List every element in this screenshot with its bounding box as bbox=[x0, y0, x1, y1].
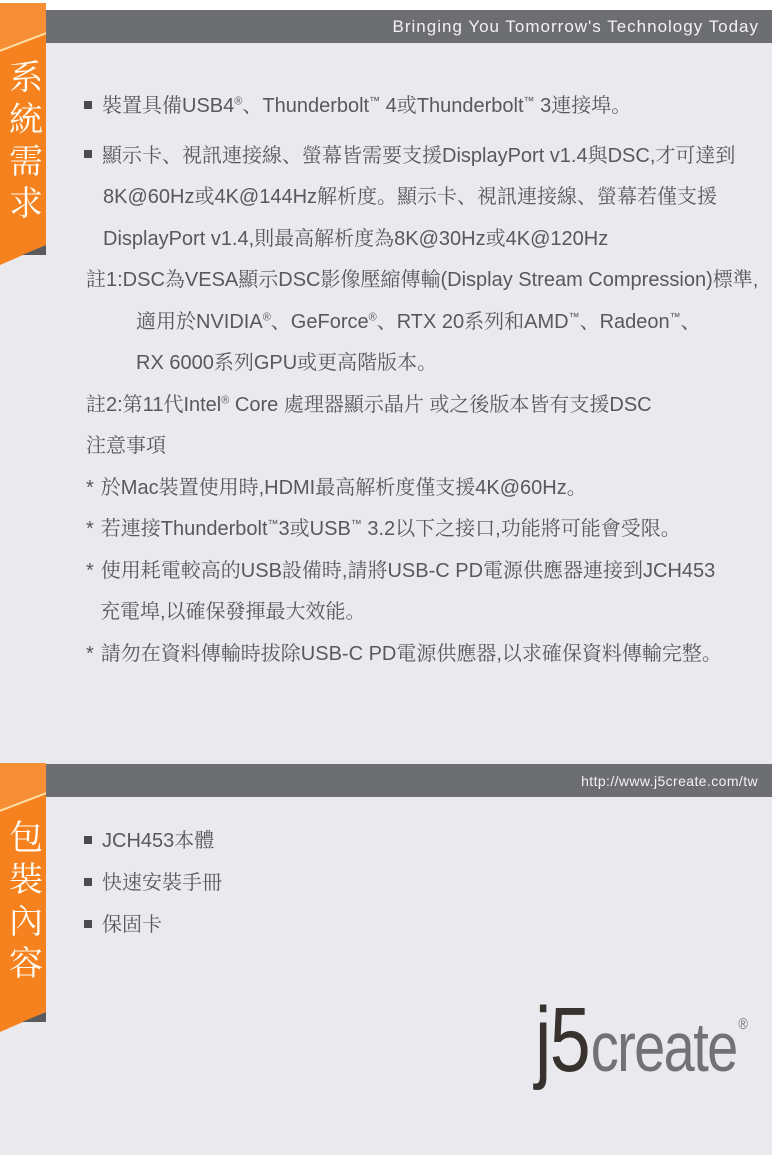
page: Bringing You Tomorrow's Technology Today… bbox=[0, 0, 772, 1155]
line-text: 若連接Thunderbolt™3或USB™ 3.2以下之接口,功能將可能會受限。 bbox=[101, 518, 681, 540]
bullet-line: 8K@60Hz或4K@144Hz解析度。顯示卡、視訊連接線、螢幕若僅支援 bbox=[84, 177, 764, 219]
square-bullet-icon bbox=[84, 920, 92, 928]
registered-mark-icon: ® bbox=[738, 1016, 747, 1034]
package-contents-tab: 包裝內容 bbox=[0, 763, 46, 1032]
line-text: 於Mac裝置使用時,HDMI最高解析度僅支援4K@60Hz。 bbox=[101, 477, 587, 499]
line-text: 8K@60Hz或4K@144Hz解析度。顯示卡、視訊連接線、螢幕若僅支援 bbox=[103, 186, 717, 208]
package-contents-tab-label: 包裝內容 bbox=[0, 819, 48, 987]
logo-create-text: create bbox=[591, 1007, 737, 1087]
j5create-logo: j5create® bbox=[535, 988, 748, 1093]
tagline-text: Bringing You Tomorrow's Technology Today bbox=[393, 17, 772, 37]
website-url-text[interactable]: http://www.j5create.com/tw bbox=[581, 773, 772, 789]
package-contents-list: JCH453本體快速安裝手冊保固卡 bbox=[84, 820, 764, 946]
line-text: DisplayPort v1.4,則最高解析度為8K@30Hz或4K@120Hz bbox=[103, 228, 608, 250]
url-banner: http://www.j5create.com/tw bbox=[46, 764, 772, 797]
text-line: *請勿在資料傳輸時拔除USB-C PD電源供應器,以求確保資料傳輸完整。 bbox=[84, 634, 764, 676]
line-text: 顯示卡、視訊連接線、螢幕皆需要支援DisplayPort v1.4與DSC,才可… bbox=[102, 145, 735, 167]
line-text: 註2:第11代Intel® Core 處理器顯示晶片 或之後版本皆有支援DSC bbox=[86, 394, 652, 416]
line-text: 請勿在資料傳輸時拔除USB-C PD電源供應器,以求確保資料傳輸完整。 bbox=[101, 643, 722, 665]
top-white-strip bbox=[0, 0, 772, 10]
text-line: 充電埠,以確保發揮最大效能。 bbox=[84, 592, 764, 634]
package-item: 快速安裝手冊 bbox=[84, 862, 764, 904]
text-line: 註1:DSC為VESA顯示DSC影像壓縮傳輸(Display Stream Co… bbox=[84, 260, 764, 302]
top-banner: Bringing You Tomorrow's Technology Today bbox=[46, 10, 772, 43]
asterisk-marker: * bbox=[86, 518, 94, 540]
text-line: 注意事項 bbox=[84, 426, 764, 468]
line-text: 使用耗電較高的USB設備時,請將USB-C PD電源供應器連接到JCH453 bbox=[101, 560, 716, 582]
line-text: 注意事項 bbox=[86, 435, 166, 457]
logo-j5-text: j5 bbox=[535, 988, 589, 1093]
text-line: 註2:第11代Intel® Core 處理器顯示晶片 或之後版本皆有支援DSC bbox=[84, 385, 764, 427]
asterisk-marker: * bbox=[86, 643, 94, 665]
text-line: *若連接Thunderbolt™3或USB™ 3.2以下之接口,功能將可能會受限… bbox=[84, 509, 764, 551]
system-requirements-content: 裝置具備USB4®、Thunderbolt™ 4或Thunderbolt™ 3連… bbox=[84, 86, 764, 675]
line-text: 充電埠,以確保發揮最大效能。 bbox=[100, 601, 366, 623]
square-bullet-icon bbox=[84, 836, 92, 844]
package-item-text: 快速安裝手冊 bbox=[102, 872, 222, 894]
line-text: 註1:DSC為VESA顯示DSC影像壓縮傳輸(Display Stream Co… bbox=[86, 269, 758, 291]
package-item-text: JCH453本體 bbox=[102, 830, 214, 852]
line-text: 適用於NVIDIA®、GeForce®、RTX 20系列和AMD™、Radeon… bbox=[136, 311, 701, 333]
bullet-line: 裝置具備USB4®、Thunderbolt™ 4或Thunderbolt™ 3連… bbox=[84, 86, 764, 128]
square-bullet-icon bbox=[84, 101, 92, 109]
package-item: 保固卡 bbox=[84, 904, 764, 946]
line-text: RX 6000系列GPU或更高階版本。 bbox=[136, 352, 437, 374]
system-requirements-tab: 系統需求 bbox=[0, 3, 46, 265]
asterisk-marker: * bbox=[86, 560, 94, 582]
bullet-line: DisplayPort v1.4,則最高解析度為8K@30Hz或4K@120Hz bbox=[84, 219, 764, 261]
text-line: 適用於NVIDIA®、GeForce®、RTX 20系列和AMD™、Radeon… bbox=[84, 302, 764, 344]
square-bullet-icon bbox=[84, 878, 92, 886]
square-bullet-icon bbox=[84, 150, 92, 158]
asterisk-marker: * bbox=[86, 477, 94, 499]
package-item: JCH453本體 bbox=[84, 820, 764, 862]
text-line: RX 6000系列GPU或更高階版本。 bbox=[84, 343, 764, 385]
text-line: *使用耗電較高的USB設備時,請將USB-C PD電源供應器連接到JCH453 bbox=[84, 551, 764, 593]
bullet-line: 顯示卡、視訊連接線、螢幕皆需要支援DisplayPort v1.4與DSC,才可… bbox=[84, 136, 764, 178]
system-requirements-tab-label: 系統需求 bbox=[0, 59, 48, 227]
text-line: *於Mac裝置使用時,HDMI最高解析度僅支援4K@60Hz。 bbox=[84, 468, 764, 510]
package-item-text: 保固卡 bbox=[102, 914, 162, 936]
line-text: 裝置具備USB4®、Thunderbolt™ 4或Thunderbolt™ 3連… bbox=[102, 95, 631, 117]
